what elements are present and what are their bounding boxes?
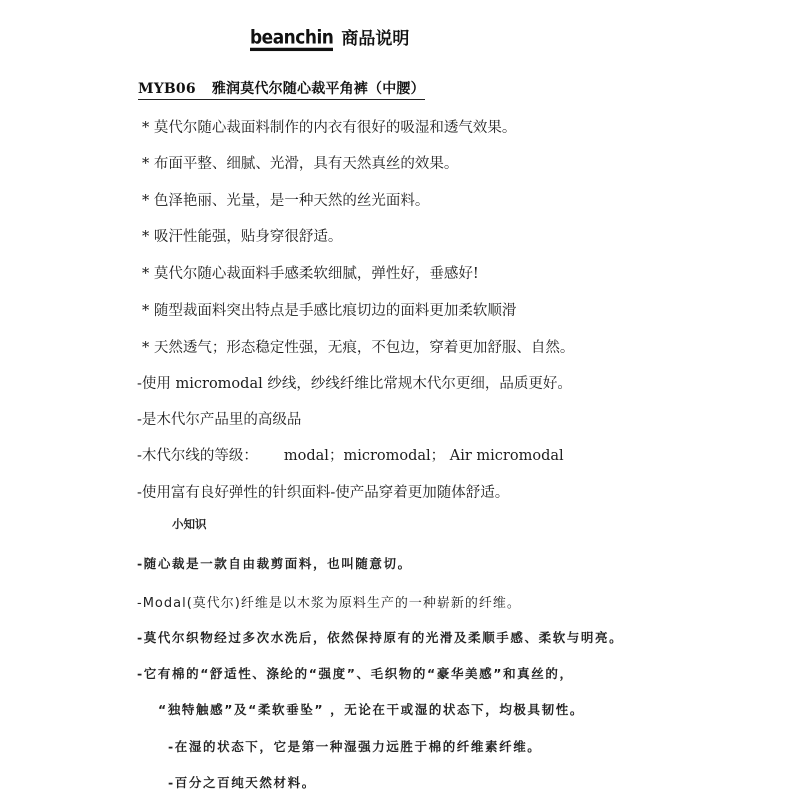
feature-item: * 莫代尔随心裁面料手感柔软细腻，弹性好，垂感好!	[142, 262, 479, 283]
page-header: beanchin 商品说明	[250, 28, 409, 50]
feature-item: * 吸汗性能强，贴身穿很舒适。	[142, 225, 342, 246]
brand-logo: beanchin	[250, 28, 333, 51]
feature-item: * 色泽艳丽、光量，是一种天然的丝光面料。	[142, 189, 429, 210]
product-title: MYB06雅润莫代尔随心裁平角裤（中腰）	[138, 78, 425, 100]
feature-item: * 随型裁面料突出特点是手感比痕切边的面料更加柔软顺滑	[142, 299, 516, 320]
knowledge-item: -Modal(莫代尔)纤维是以木浆为原料生产的一种崭新的纤维。	[137, 592, 521, 611]
knowledge-item: -在湿的状态下，它是第一种湿强力远胜于棉的纤维素纤维。	[168, 737, 541, 755]
product-name: 雅润莫代尔随心裁平角裤（中腰）	[212, 81, 425, 97]
grades-label: -木代尔线的等级：	[137, 448, 258, 464]
feature-item: * 天然透气；形态稳定性强，无痕，不包边，穿着更加舒服、自然。	[142, 336, 574, 357]
knowledge-heading: 小知识	[172, 516, 207, 532]
feature-item: * 布面平整、细腻、光滑，具有天然真丝的效果。	[142, 152, 458, 173]
knowledge-item: “独特触感”及“柔软垂坠” ，无论在干或湿的状态下，均极具韧性。	[158, 700, 584, 718]
knowledge-item: -百分之百纯天然材料。	[168, 773, 316, 791]
page-title: 商品说明	[341, 28, 409, 50]
detail-premium: -是木代尔产品里的高级品	[137, 408, 301, 429]
product-code: MYB06	[138, 81, 196, 97]
detail-fabric: -使用富有良好弹性的针织面料-使产品穿着更加随体舒适。	[137, 481, 509, 502]
knowledge-item: -莫代尔织物经过多次水洗后，依然保持原有的光滑及柔顺手感、柔软与明亮。	[137, 628, 623, 646]
detail-micromodal: -使用 micromodal 纱线，纱线纤维比常规木代尔更细，品质更好。	[137, 372, 572, 393]
knowledge-item: -它有棉的“舒适性、涤纶的“强度”、毛织物的“豪华美感”和真丝的，	[137, 664, 574, 682]
grades-values: modal；micromodal； Air micromodal	[284, 448, 564, 464]
knowledge-item: -随心裁是一款自由裁剪面料，也叫随意切。	[137, 554, 412, 572]
feature-item: * 莫代尔随心裁面料制作的内衣有很好的吸湿和透气效果。	[142, 116, 516, 137]
detail-grades: -木代尔线的等级：modal；micromodal； Air micromoda…	[137, 444, 564, 465]
